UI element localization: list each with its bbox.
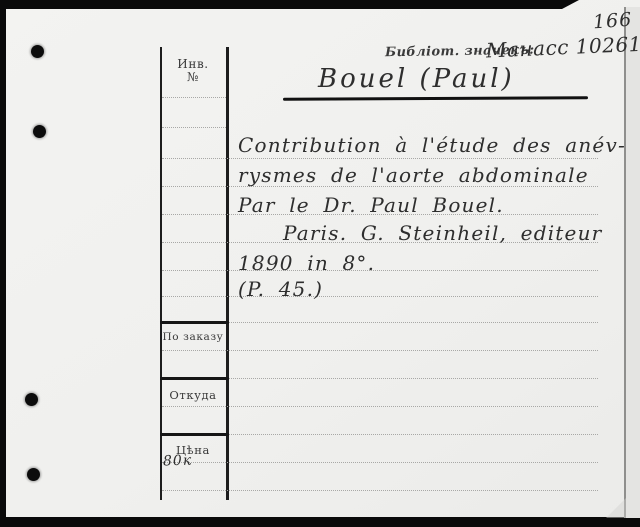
field-label-po-zakazu: По заказу — [160, 331, 226, 343]
scan-border-top-corner — [562, 0, 579, 9]
inventory-number-label: Инв. № — [160, 58, 226, 84]
ruled-line — [162, 490, 598, 491]
author-underline — [283, 96, 588, 101]
punch-hole — [33, 125, 46, 138]
ruled-line — [162, 296, 598, 297]
ruled-line — [162, 270, 598, 271]
paper-right-edge — [626, 7, 640, 518]
punch-hole — [27, 468, 40, 481]
ruled-line — [162, 97, 226, 98]
page-number-handwritten: 166 — [592, 9, 633, 34]
punch-hole — [25, 393, 38, 406]
ruled-line — [162, 406, 598, 407]
scan-border-bottom — [0, 517, 640, 527]
punch-hole — [31, 45, 44, 58]
catalog-card-scan: Инв. № По заказу Откуда Цѣна 80к 166 Биб… — [0, 0, 640, 527]
library-stamp-value-handwritten: Манасс 10261. — [486, 31, 640, 62]
ruled-line — [162, 158, 598, 159]
cell-separator — [160, 321, 229, 324]
cell-separator — [160, 433, 229, 436]
body-line: rysmes de l'aorte abdominale — [238, 163, 589, 187]
inventory-label-line2: № — [160, 71, 226, 84]
cell-separator — [160, 377, 229, 380]
paper-right-edge-line — [624, 7, 626, 518]
scan-border-left — [0, 0, 6, 527]
author-heading-handwritten: Bouel (Paul) — [318, 64, 515, 94]
body-line: (P. 45.) — [238, 277, 323, 301]
body-line: Contribution à l'étude des anév- — [238, 133, 626, 157]
ruled-line — [162, 350, 598, 351]
ruled-line — [162, 462, 598, 463]
ruled-line — [162, 127, 226, 128]
body-line: Par le Dr. Paul Bouel. — [238, 193, 504, 217]
price-value-handwritten: 80к — [163, 452, 193, 469]
field-label-otkuda: Откуда — [160, 388, 226, 402]
scan-border-top — [0, 0, 562, 9]
body-line: 1890 in 8°. — [238, 251, 375, 275]
paper-corner-shadow — [606, 498, 626, 518]
body-line: Paris. G. Steinheil, editeur — [283, 221, 602, 245]
